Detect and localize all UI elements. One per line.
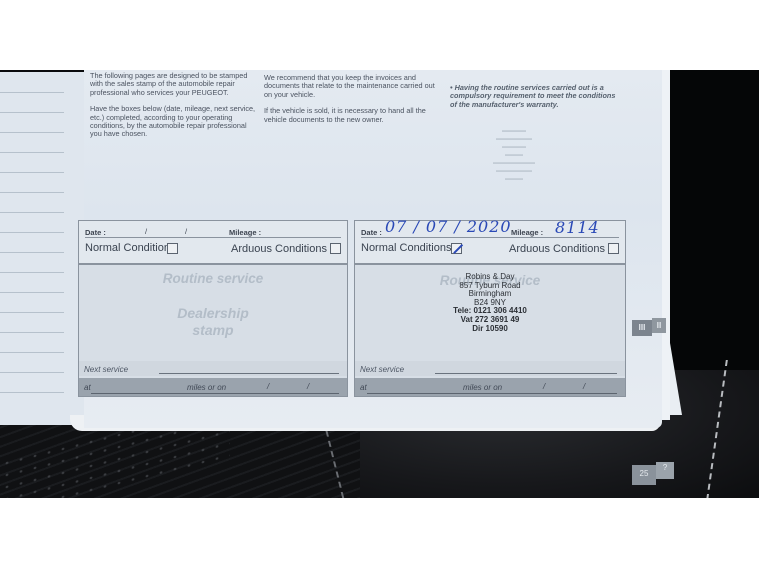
next-service-row: Next service (355, 361, 625, 376)
service-page: The following pages are designed to be s… (84, 70, 662, 428)
section-tab-back: II (652, 318, 666, 333)
dealership-stamp-placeholder: Dealership stamp (168, 305, 258, 339)
arduous-conditions-label: Arduous Conditions (231, 243, 327, 255)
next-service-due-row: at miles or on // (79, 378, 347, 396)
normal-conditions-checkbox[interactable] (167, 243, 178, 254)
intro-column-1: The following pages are designed to be s… (90, 72, 260, 147)
record-header: Date : Mileage : 07 / 07 / 2020 8114 Nor… (355, 221, 625, 265)
arduous-conditions-checkbox[interactable] (330, 243, 341, 254)
left-page (0, 72, 86, 425)
service-record-completed: Date : Mileage : 07 / 07 / 2020 8114 Nor… (354, 220, 626, 397)
record-header: Date : / / Mileage : Normal Conditions A… (79, 221, 347, 265)
warranty-note: • Having the routine services carried ou… (450, 84, 620, 109)
mileage-label: Mileage : (229, 228, 261, 237)
arduous-conditions-label: Arduous Conditions (509, 243, 605, 255)
dealer-stamp: Robins & Day 857 Tyburn Road Birmingham … (355, 273, 625, 333)
photo: The following pages are designed to be s… (0, 70, 759, 498)
normal-conditions-checkbox[interactable] (451, 243, 462, 254)
next-service-due-row: at miles or on // (355, 378, 625, 396)
section-tab: III (632, 320, 652, 336)
handwritten-mileage: 8114 (555, 218, 600, 237)
handwritten-date: 07 / 07 / 2020 (385, 217, 512, 236)
show-through-text: ▬▬▬▬▬▬▬▬▬▬▬▬▬▬▬▬▬▬▬▬▬▬▬▬▬▬▬▬▬▬▬▬▬ (469, 127, 559, 183)
mileage-label: Mileage : (511, 228, 543, 237)
normal-conditions-label: Normal Conditions (85, 242, 175, 254)
page-number-back: ? (656, 462, 674, 479)
arduous-conditions-checkbox[interactable] (608, 243, 619, 254)
next-service-row: Next service (79, 361, 347, 376)
routine-service-label: Routine service (79, 271, 347, 286)
intro-column-2: We recommend that you keep the invoices … (264, 74, 436, 132)
dealer-number: Dir 10590 (355, 325, 625, 334)
service-record-empty: Date : / / Mileage : Normal Conditions A… (78, 220, 348, 397)
normal-conditions-label: Normal Conditions (361, 242, 451, 254)
date-label: Date : (85, 228, 106, 237)
date-label: Date : (361, 228, 382, 237)
page-number: 25 (632, 465, 656, 485)
